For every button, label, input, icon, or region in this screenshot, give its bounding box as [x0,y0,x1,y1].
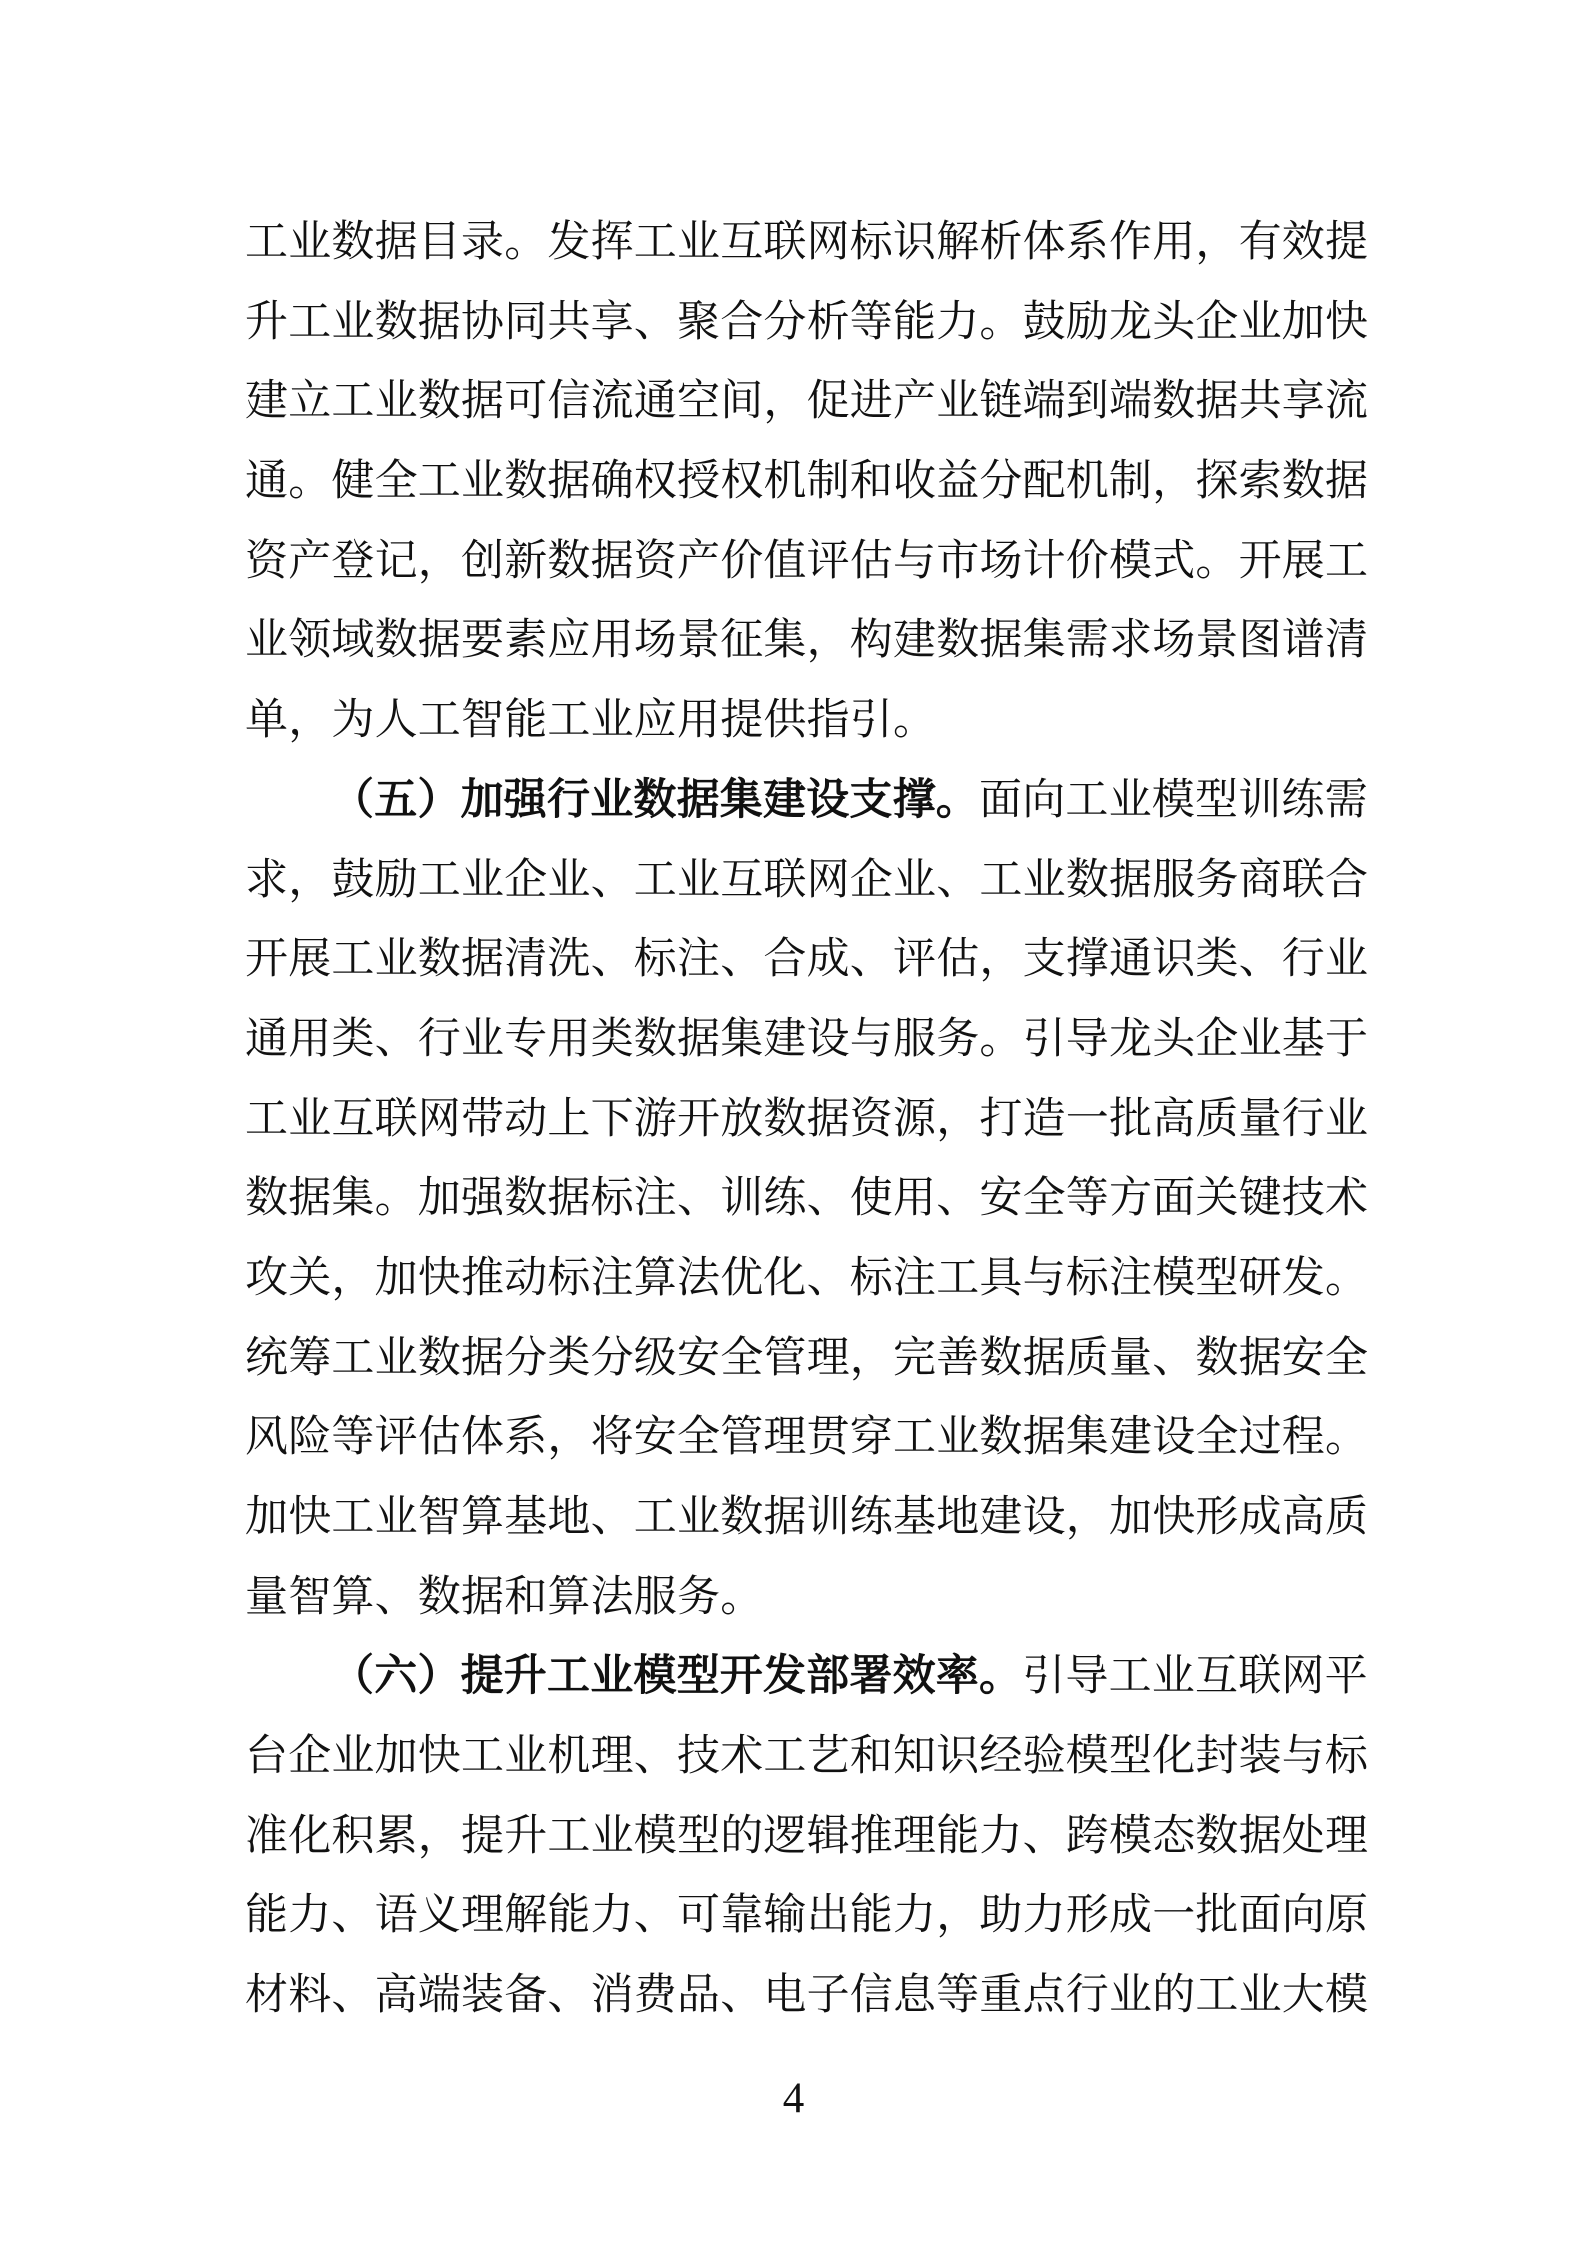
document-body: 工业数据目录。发挥工业互联网标识解析体系作用，有效提升工业数据协同共享、聚合分析… [245,203,1371,2036]
document-page: 工业数据目录。发挥工业互联网标识解析体系作用，有效提升工业数据协同共享、聚合分析… [0,0,1587,2245]
text-line: 业领域数据要素应用场景征集，构建数据集需求场景图谱清 [245,601,1371,681]
body-text: 通用类、行业专用类数据集建设与服务。引导龙头企业基于 [245,1016,1368,1063]
body-text: 能力、语义理解能力、可靠输出能力，助力形成一批面向原 [245,1892,1368,1939]
body-text: 面向工业模型训练需 [979,777,1368,824]
text-line: 通用类、行业专用类数据集建设与服务。引导龙头企业基于 [245,1000,1371,1080]
text-line: 材料、高端装备、消费品、电子信息等重点行业的工业大模 [245,1956,1371,2036]
body-text: 工业互联网带动上下游开放数据资源，打造一批高质量行业 [245,1096,1368,1143]
text-line: 攻关，加快推动标注算法优化、标注工具与标注模型研发。 [245,1239,1371,1319]
body-text: 工业数据目录。发挥工业互联网标识解析体系作用，有效提 [245,219,1368,266]
page-number: 4 [783,2075,805,2122]
body-text: 建立工业数据可信流通空间，促进产业链端到端数据共享流 [245,378,1368,425]
text-line: 资产登记，创新数据资产价值评估与市场计价模式。开展工 [245,522,1371,602]
body-text: 单，为人工智能工业应用提供指引。 [245,697,936,744]
text-line: （五）加强行业数据集建设支撑。面向工业模型训练需 [245,761,1371,841]
text-line: 工业数据目录。发挥工业互联网标识解析体系作用，有效提 [245,203,1371,283]
body-text: 量智算、数据和算法服务。 [245,1574,763,1621]
body-text: 业领域数据要素应用场景征集，构建数据集需求场景图谱清 [245,617,1368,664]
body-text: 资产登记，创新数据资产价值评估与市场计价模式。开展工 [245,538,1368,585]
body-text: 加快工业智算基地、工业数据训练基地建设，加快形成高质 [245,1494,1368,1541]
text-line: 开展工业数据清洗、标注、合成、评估，支撑通识类、行业 [245,920,1371,1000]
body-text: 统筹工业数据分类分级安全管理，完善数据质量、数据安全 [245,1335,1368,1382]
text-line: 台企业加快工业机理、技术工艺和知识经验模型化封装与标 [245,1717,1371,1797]
text-line: 数据集。加强数据标注、训练、使用、安全等方面关键技术 [245,1159,1371,1239]
text-line: 量智算、数据和算法服务。 [245,1558,1371,1638]
text-line: 单，为人工智能工业应用提供指引。 [245,681,1371,761]
text-line: 准化积累，提升工业模型的逻辑推理能力、跨模态数据处理 [245,1797,1371,1877]
section-heading: （五）加强行业数据集建设支撑。 [331,777,979,824]
body-text: 引导工业互联网平 [1022,1653,1368,1700]
body-text: 准化积累，提升工业模型的逻辑推理能力、跨模态数据处理 [245,1813,1368,1860]
text-line: 统筹工业数据分类分级安全管理，完善数据质量、数据安全 [245,1319,1371,1399]
text-line: 能力、语义理解能力、可靠输出能力，助力形成一批面向原 [245,1876,1371,1956]
text-line: （六）提升工业模型开发部署效率。引导工业互联网平 [245,1637,1371,1717]
body-text: 升工业数据协同共享、聚合分析等能力。鼓励龙头企业加快 [245,299,1368,346]
body-text: 数据集。加强数据标注、训练、使用、安全等方面关键技术 [245,1175,1368,1222]
text-line: 升工业数据协同共享、聚合分析等能力。鼓励龙头企业加快 [245,283,1371,363]
text-line: 工业互联网带动上下游开放数据资源，打造一批高质量行业 [245,1080,1371,1160]
body-text: 台企业加快工业机理、技术工艺和知识经验模型化封装与标 [245,1733,1368,1780]
body-text: 攻关，加快推动标注算法优化、标注工具与标注模型研发。 [245,1255,1368,1302]
text-line: 求，鼓励工业企业、工业互联网企业、工业数据服务商联合 [245,841,1371,921]
text-line: 加快工业智算基地、工业数据训练基地建设，加快形成高质 [245,1478,1371,1558]
body-text: 开展工业数据清洗、标注、合成、评估，支撑通识类、行业 [245,936,1368,983]
text-line: 建立工业数据可信流通空间，促进产业链端到端数据共享流 [245,362,1371,442]
text-line: 风险等评估体系，将安全管理贯穿工业数据集建设全过程。 [245,1398,1371,1478]
body-text: 风险等评估体系，将安全管理贯穿工业数据集建设全过程。 [245,1414,1368,1461]
text-line: 通。健全工业数据确权授权机制和收益分配机制，探索数据 [245,442,1371,522]
body-text: 材料、高端装备、消费品、电子信息等重点行业的工业大模 [245,1972,1368,2019]
page-footer: 4 [0,2076,1587,2122]
section-heading: （六）提升工业模型开发部署效率。 [331,1653,1022,1700]
body-text: 求，鼓励工业企业、工业互联网企业、工业数据服务商联合 [245,857,1368,904]
body-text: 通。健全工业数据确权授权机制和收益分配机制，探索数据 [245,458,1368,505]
